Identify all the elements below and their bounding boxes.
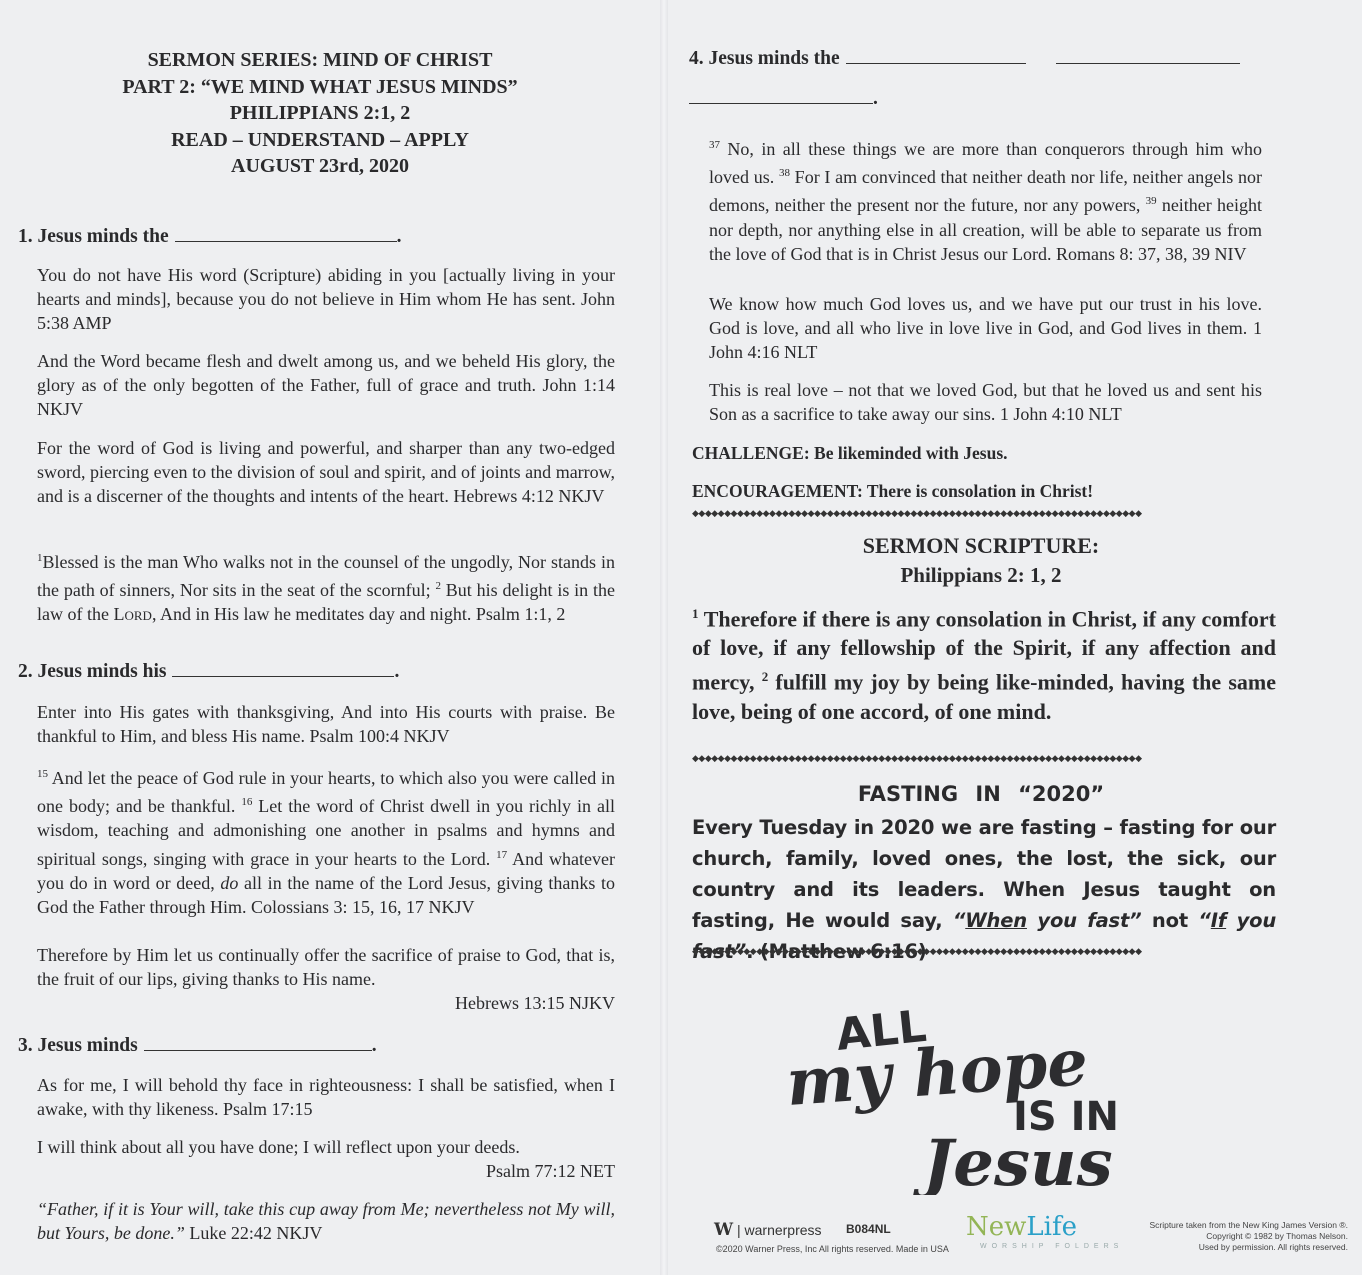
verse-psalm-1: 1Blessed is the man Who walks not in the… xyxy=(37,546,615,627)
product-code: B084NL xyxy=(846,1222,891,1236)
scripture-reference: PHILIPPIANS 2:1, 2 xyxy=(0,100,640,127)
divider-3: ◆◆◆◆◆◆◆◆◆◆◆◆◆◆◆◆◆◆◆◆◆◆◆◆◆◆◆◆◆◆◆◆◆◆◆◆◆◆◆◆… xyxy=(692,947,1270,955)
point-4-blank-3[interactable] xyxy=(689,89,873,104)
verse-psalm-17-15: As for me, I will behold thy face in rig… xyxy=(37,1073,615,1121)
verse-1-john-4-10: This is real love – not that we loved Go… xyxy=(709,378,1262,426)
point-3-heading: 3. Jesus minds. xyxy=(18,1035,377,1057)
verse-romans-8: 37 No, in all these things we are more t… xyxy=(709,133,1262,266)
divider-1: ◆◆◆◆◆◆◆◆◆◆◆◆◆◆◆◆◆◆◆◆◆◆◆◆◆◆◆◆◆◆◆◆◆◆◆◆◆◆◆◆… xyxy=(692,509,1270,517)
sermon-scripture-text: 1 Therefore if there is any consolation … xyxy=(692,599,1276,726)
point-2-blank[interactable] xyxy=(172,662,394,677)
sermon-scripture-ref: Philippians 2: 1, 2 xyxy=(692,563,1270,588)
verse-psalm-77-12: I will think about all you have done; I … xyxy=(37,1135,615,1183)
all-my-hope-is-in-jesus-art: ALL my hope IS IN Jesus xyxy=(788,1005,1188,1195)
encouragement-text: ENCOURAGEMENT: There is consolation in C… xyxy=(692,481,1093,502)
verse-hebrews-4-12: For the word of God is living and powerf… xyxy=(37,436,615,509)
verse-john-5-38: You do not have His word (Scripture) abi… xyxy=(37,263,615,336)
left-page: SERMON SERIES: MIND OF CHRIST PART 2: “W… xyxy=(0,0,660,1275)
verse-john-1-14: And the Word became flesh and dwelt amon… xyxy=(37,349,615,422)
point-4-blank-1[interactable] xyxy=(846,49,1026,64)
divider-2: ◆◆◆◆◆◆◆◆◆◆◆◆◆◆◆◆◆◆◆◆◆◆◆◆◆◆◆◆◆◆◆◆◆◆◆◆◆◆◆◆… xyxy=(692,754,1270,762)
part-title: PART 2: “WE MIND WHAT JESUS MINDS” xyxy=(0,74,640,101)
point-1-blank[interactable] xyxy=(175,227,397,242)
warnerpress-logo: W | warnerpress xyxy=(714,1220,822,1240)
verse-psalm-100-4: Enter into His gates with thanksgiving, … xyxy=(37,700,615,748)
newlife-tagline: WORSHIP FOLDERS xyxy=(980,1243,1123,1250)
point-4-heading-cont: . xyxy=(689,88,878,110)
verse-1-john-4-16: We know how much God loves us, and we ha… xyxy=(709,292,1262,365)
point-4-heading: 4. Jesus minds the xyxy=(689,48,1240,70)
point-2-heading: 2. Jesus minds his. xyxy=(18,661,399,683)
verse-hebrews-13-15: Therefore by Him let us continually offe… xyxy=(37,943,615,1016)
verse-luke-22-42: “Father, if it is Your will, take this c… xyxy=(37,1197,615,1245)
right-page: 4. Jesus minds the . 37 No, in all these… xyxy=(668,0,1362,1275)
sermon-scripture-title: SERMON SCRIPTURE: xyxy=(692,533,1270,559)
point-3-blank[interactable] xyxy=(144,1036,372,1051)
verse-colossians-3: 15 And let the peace of God rule in your… xyxy=(37,762,615,919)
fasting-title: FASTING IN “2020” xyxy=(692,782,1270,806)
svg-text:Jesus: Jesus xyxy=(912,1126,1113,1195)
scripture-permission: Scripture taken from the New King James … xyxy=(1108,1220,1348,1253)
point-1-heading: 1. Jesus minds the. xyxy=(18,226,402,248)
motto: READ – UNDERSTAND – APPLY xyxy=(0,127,640,154)
fasting-body: Every Tuesday in 2020 we are fasting – f… xyxy=(692,812,1276,967)
newlife-logo: NewLife xyxy=(966,1212,1077,1242)
sermon-date: AUGUST 23rd, 2020 xyxy=(0,153,640,180)
publisher-copyright: ©2020 Warner Press, Inc All rights reser… xyxy=(716,1244,949,1254)
page-fold xyxy=(660,0,668,1275)
sermon-header: SERMON SERIES: MIND OF CHRIST PART 2: “W… xyxy=(0,47,640,180)
series-title: SERMON SERIES: MIND OF CHRIST xyxy=(0,47,640,74)
point-4-blank-2[interactable] xyxy=(1056,49,1240,64)
challenge-text: CHALLENGE: Be likeminded with Jesus. xyxy=(692,443,1008,464)
